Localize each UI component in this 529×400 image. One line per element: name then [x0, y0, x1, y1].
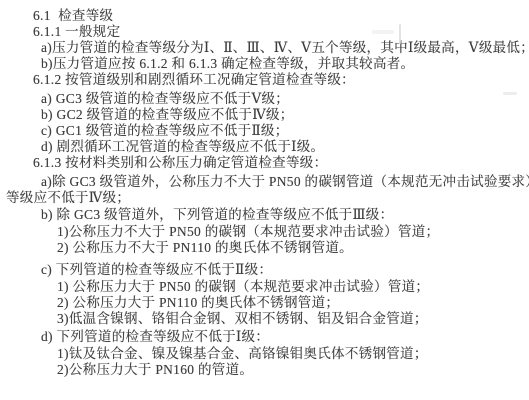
clause-6-1-3-c-2: 2) 公称压力大于 PN110 的奥氏体不锈钢管道；: [57, 295, 339, 311]
clause-6-1-2-b: b) GC2 级管道的检查等级应不低于Ⅳ级；: [41, 107, 294, 123]
clause-6-1-3-c-3: 3)低温含镍钢、铬钼合金钢、双相不锈钢、铝及铝合金管道；: [57, 311, 428, 327]
scan-artifact: [399, 24, 401, 44]
scan-artifact: [372, 30, 394, 34]
scan-artifact: [503, 92, 517, 95]
section-title-6-1: 6.1 检查等级: [33, 8, 113, 24]
clause-6-1-3-d: d) 下列管道的检查等级应不低于Ⅰ级：: [41, 329, 269, 345]
clause-6-1-3-d-2: 2)公称压力大于 PN160 的管道。: [57, 362, 253, 378]
clause-6-1-3-a-wrap: 等级应不低于Ⅳ级；: [6, 190, 130, 206]
clause-6-1-3-a: a)除 GC3 级管道外，公称压力不大于 PN50 的碳钢管道（本规范无冲击试验…: [41, 174, 529, 190]
clause-6-1-3-c: c) 下列管道的检查等级应不低于Ⅱ级：: [41, 262, 272, 278]
clause-6-1-1: 6.1.1 一般规定: [33, 24, 120, 40]
clause-6-1-3-d-1: 1)钛及钛合金、镍及镍基合金、高铬镍钼奥氏体不锈钢管道；: [57, 346, 428, 362]
clause-6-1-3-b: b) 除 GC3 级管道外，下列管道的检查等级应不低于Ⅲ级：: [41, 207, 393, 223]
clause-6-1-1-a: a)压力管道的检查等级分为Ⅰ、Ⅱ、Ⅲ、Ⅳ、Ⅴ五个等级，其中Ⅰ级最高，Ⅴ级最低；: [41, 40, 529, 56]
clause-6-1-2-d: d) 剧烈循环工况管道的检查等级应不低于Ⅰ级。: [41, 139, 324, 155]
document-page: 6.1 检查等级 6.1.1 一般规定 a)压力管道的检查等级分为Ⅰ、Ⅱ、Ⅲ、Ⅳ…: [0, 0, 529, 400]
clause-6-1-3-c-1: 1) 公称压力大于 PN50 的碳钢（本规范要求冲击试验）管道；: [57, 279, 429, 295]
clause-6-1-2-c: c) GC1 级管道的检查等级应不低于Ⅱ级；: [41, 123, 289, 139]
clause-6-1-2-a: a) GC3 级管道的检查等级应不低于Ⅴ级；: [41, 91, 289, 107]
clause-6-1-3-b-1: 1)公称压力不大于 PN50 的碳钢（本规范要求冲击试验）管道；: [57, 224, 439, 240]
clause-6-1-3-b-2: 2) 公称压力不大于 PN110 的奥氏体不锈钢管道。: [57, 240, 353, 256]
clause-6-1-3: 6.1.3 按材料类别和公称压力确定管道检查等级：: [33, 155, 327, 171]
clause-6-1-1-b: b)压力管道应按 6.1.2 和 6.1.3 确定检查等级，并取其较高者。: [41, 56, 414, 72]
clause-6-1-2: 6.1.2 按管道级别和剧烈循环工况确定管道检查等级：: [33, 72, 355, 88]
